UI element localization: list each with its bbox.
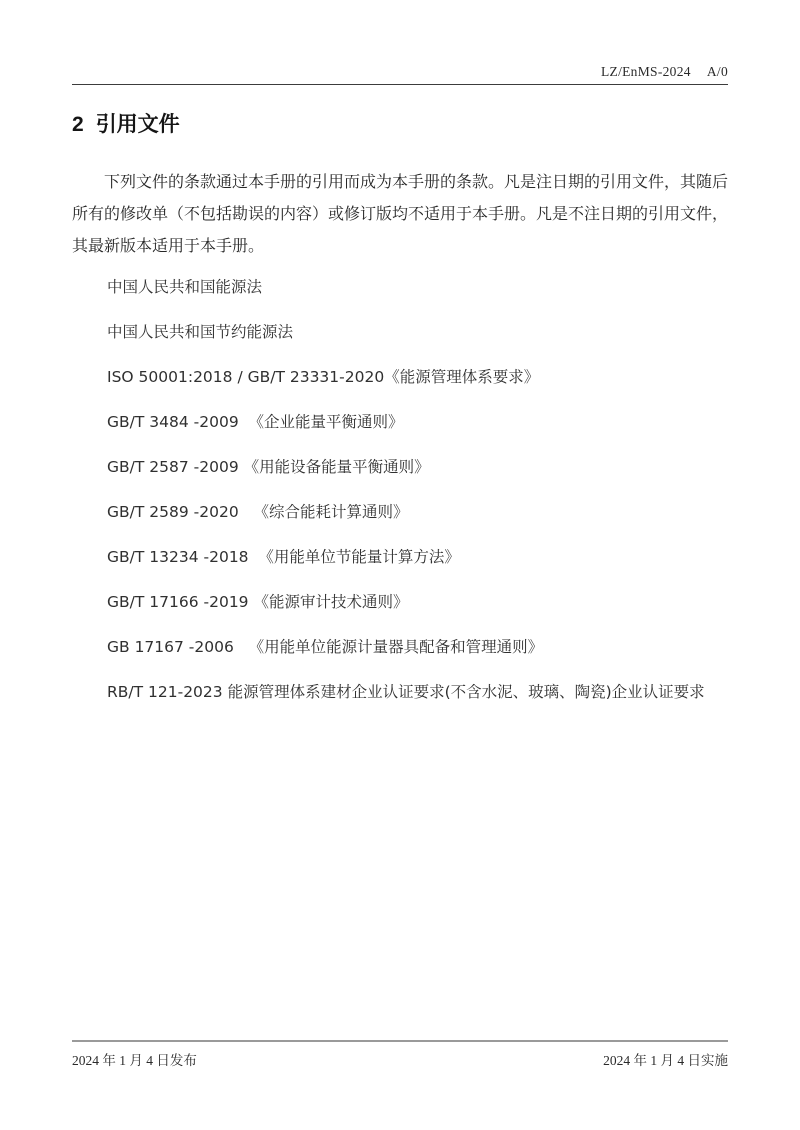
reference-item: 中国人民共和国节约能源法 [72,308,728,353]
page-header: LZ/EnMS-2024A/0 [72,0,728,85]
reference-item: ISO 50001:2018 / GB/T 23331-2020《能源管理体系要… [72,353,728,398]
reference-list: 中国人民共和国能源法 中国人民共和国节约能源法 ISO 50001:2018 /… [72,263,728,713]
section-number: 2 [72,113,84,136]
document-revision: A/0 [707,64,728,79]
reference-item: GB/T 2589 -2020 《综合能耗计算通则》 [72,488,728,533]
reference-item: GB/T 2587 -2009 《用能设备能量平衡通则》 [72,443,728,488]
document-page: LZ/EnMS-2024A/0 2引用文件 下列文件的条款通过本手册的引用而成为… [0,0,800,1130]
intro-paragraph: 下列文件的条款通过本手册的引用而成为本手册的条款。凡是注日期的引用文件，其随后所… [72,167,728,263]
reference-item: GB 17167 -2006 《用能单位能源计量器具配备和管理通则》 [72,623,728,668]
reference-item: GB/T 17166 -2019 《能源审计技术通则》 [72,578,728,623]
document-code: LZ/EnMS-2024 [601,64,691,79]
reference-item: GB/T 3484 -2009 《企业能量平衡通则》 [72,398,728,443]
document-page-background: { "header": { "doc_code": "LZ/EnMS-2024"… [0,0,800,1130]
section-title-label: 引用文件 [96,113,180,136]
section-title: 2引用文件 [72,111,728,139]
reference-item: RB/T 121-2023 能源管理体系建材企业认证要求(不含水泥、玻璃、陶瓷)… [72,668,728,713]
release-date: 2024 年 1 月 4 日发布 [72,1049,197,1069]
reference-item: 中国人民共和国能源法 [72,263,728,308]
reference-item: GB/T 13234 -2018 《用能单位节能量计算方法》 [72,533,728,578]
implement-date: 2024 年 1 月 4 日实施 [603,1049,728,1069]
page-footer: 2024 年 1 月 4 日发布 2024 年 1 月 4 日实施 [72,1040,728,1069]
